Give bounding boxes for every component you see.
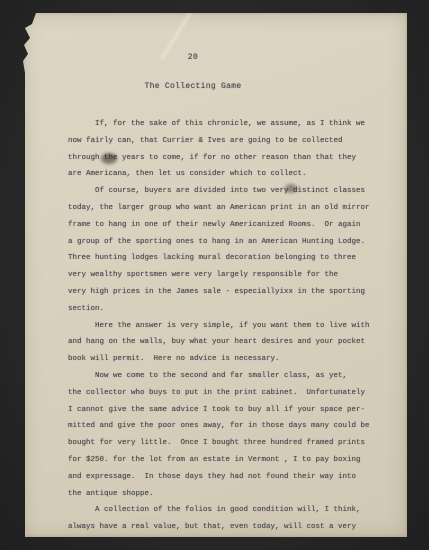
typewritten-line: now fairly can, that Currier & Ives are …: [68, 133, 388, 150]
typewritten-line: today, the larger group who want an Amer…: [68, 200, 388, 217]
ink-smudge: [101, 153, 117, 164]
typewritten-line: bought for very little. Once I bought th…: [68, 435, 388, 452]
manuscript-page: 20 The Collecting Game If, for the sake …: [23, 13, 407, 537]
typewritten-line: Three hunting lodges lacking mural decor…: [68, 250, 388, 267]
typewritten-line: Here the answer is very simple, if you w…: [68, 318, 388, 335]
typewritten-line: very wealthy sportsmen were very largely…: [68, 267, 388, 284]
typewritten-line: frame to hang in one of their newly Amer…: [68, 217, 388, 234]
typewritten-line: section.: [68, 301, 388, 318]
typewritten-line: Now we come to the second and far smalle…: [68, 368, 388, 385]
typewritten-line: the collector who buys to put in the pri…: [68, 385, 388, 402]
typewritten-line: A collection of the folios in good condi…: [68, 502, 388, 519]
typewritten-line: very high prices in the James sale - esp…: [68, 284, 388, 301]
typewritten-line: always have a real value, but that, even…: [68, 519, 388, 536]
typewritten-line: and expressage. In those days they had n…: [68, 469, 388, 486]
ink-smudge: [285, 184, 297, 193]
typewritten-line: the antique shoppe.: [68, 486, 388, 503]
document-title: The Collecting Game: [43, 82, 343, 91]
typewritten-line: Of course, buyers are divided into two v…: [68, 183, 388, 200]
typewritten-line: mitted and give the poor ones away, for …: [68, 418, 388, 435]
typewritten-line: book will permit. Here no advice is nece…: [68, 351, 388, 368]
typewritten-line: are Americana, then let us consider whic…: [68, 166, 388, 183]
typewritten-body: If, for the sake of this chronicle, we a…: [68, 116, 388, 536]
typewritten-line: I cannot give the same advice I took to …: [68, 402, 388, 419]
page-number: 20: [43, 53, 343, 62]
typewritten-line: and hang on the walls, buy what your hea…: [68, 334, 388, 351]
typewritten-line: for $250. for the lot from an estate in …: [68, 452, 388, 469]
typewritten-line: a group of the sporting ones to hang in …: [68, 234, 388, 251]
typewritten-line: If, for the sake of this chronicle, we a…: [68, 116, 388, 133]
